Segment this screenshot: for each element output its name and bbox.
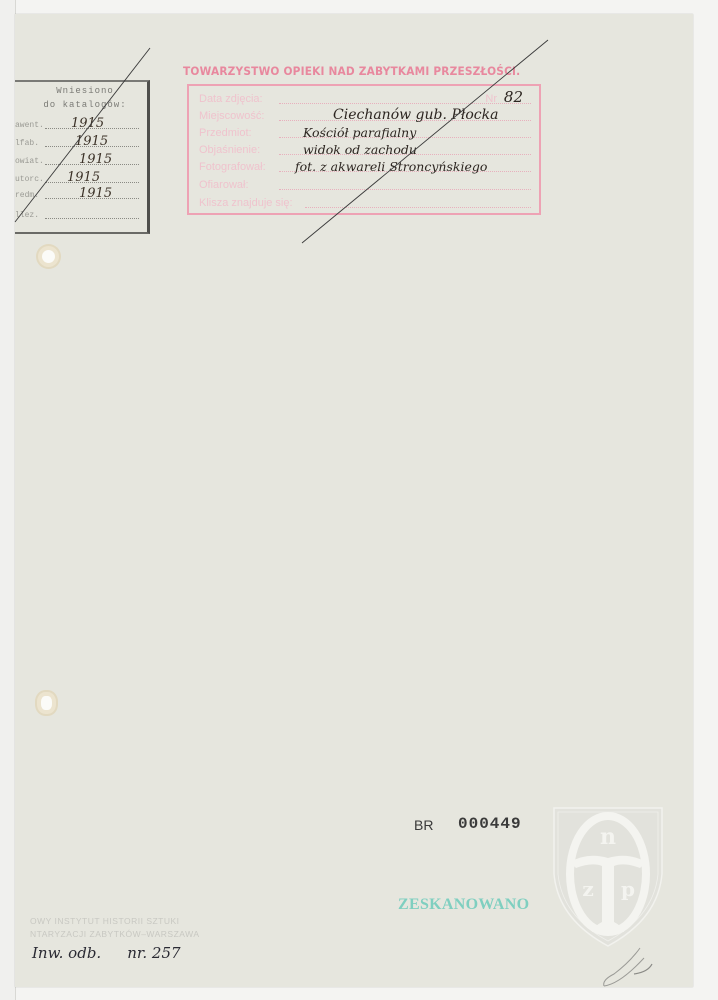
field-label: Objaśnienie: [199, 144, 260, 156]
institute-stamp-line1: OWY INSTYTUT HISTORII SZTUKI [30, 916, 180, 926]
catalog-row-value: 1915 [75, 134, 108, 149]
inv-label: Inw. odb. [32, 944, 101, 962]
catalog-row: redm. 1915 [15, 186, 143, 202]
catalog-stamp: Wniesiono do katalogów: awent. 1915 lfab… [15, 80, 150, 234]
catalog-row-value: 1915 [79, 186, 112, 201]
paper-hole [42, 250, 55, 263]
field-value: widok od zachodu [303, 142, 417, 157]
svg-text:n: n [600, 824, 616, 850]
nr-label: Nr [485, 93, 497, 105]
paper-hole [41, 696, 52, 710]
catalog-row-label: owiat. [15, 157, 44, 166]
record-field-donor: Ofiarował: [199, 174, 531, 192]
field-label: Klisza znajduje się: [199, 197, 293, 209]
embossed-emblem-icon: n z p [548, 804, 668, 949]
catalog-row: owiat. 1915 [15, 152, 143, 168]
catalog-row: awent. 1915 [15, 116, 143, 132]
record-field-description: Objaśnienie: widok od zachodu [199, 139, 531, 157]
catalog-row-label: redm. [15, 191, 39, 200]
inv-number: nr. 257 [127, 944, 180, 962]
svg-text:p: p [621, 877, 635, 901]
dotted-line [305, 207, 531, 208]
field-value: Ciechanów gub. Płocka [333, 107, 498, 123]
catalog-row: utorc. 1915 [15, 170, 143, 186]
nr-value: 82 [504, 88, 523, 106]
institute-stamp-line2: NTARYZACJI ZABYTKÓW–WARSZAWA [30, 929, 200, 939]
catalog-row-value: 1915 [71, 116, 104, 131]
record-field-place: Miejscowość: Ciechanów gub. Płocka [199, 105, 531, 123]
record-field-subject: Przedmiot: Kościół parafialny [199, 122, 531, 140]
record-stamp: Data zdjęcia: Nr 82 Miejscowość: Ciechan… [187, 84, 541, 215]
handwritten-inventory: Inw. odb.nr. 257 [32, 944, 181, 962]
scanned-stamp: ZESKANOWANO [398, 896, 529, 914]
pencil-mark-icon [600, 940, 680, 990]
scanner-bed-edge [0, 0, 16, 1000]
catalog-row-label: awent. [15, 121, 44, 130]
catalog-row: llez. [15, 206, 143, 222]
catalog-row-value: 1915 [67, 170, 100, 185]
catalog-row-label: utorc. [15, 175, 44, 184]
catalog-row-label: lfab. [15, 139, 39, 148]
record-card: Wniesiono do katalogów: awent. 1915 lfab… [15, 14, 693, 987]
catalog-row-label: llez. [15, 211, 39, 220]
field-label: Data zdjęcia: [199, 93, 263, 105]
field-label: Miejscowość: [199, 110, 264, 122]
field-value: fot. z akwareli Stroncyńskiego [295, 159, 487, 174]
svg-text:z: z [582, 877, 593, 901]
catalog-row-value: 1915 [79, 152, 112, 167]
record-field-photographer: Fotografował: fot. z akwareli Stroncyńsk… [199, 156, 531, 174]
catalog-title-line1: Wniesiono [35, 86, 135, 96]
br-prefix: BR [414, 817, 433, 833]
field-label: Ofiarował: [199, 179, 249, 191]
field-label: Fotografował: [199, 161, 266, 173]
br-number: 000449 [458, 815, 522, 833]
field-label: Przedmiot: [199, 127, 252, 139]
record-field-plate-location: Klisza znajduje się: [199, 192, 531, 210]
catalog-row: lfab. 1915 [15, 134, 143, 150]
dotted-line [279, 189, 531, 190]
society-header: TOWARZYSTWO OPIEKI NAD ZABYTKAMI PRZESZŁ… [183, 64, 514, 78]
dotted-line [45, 218, 139, 219]
field-value: Kościół parafialny [303, 125, 416, 140]
record-field-date: Data zdjęcia: Nr 82 [199, 88, 531, 106]
catalog-title-line2: do katalogów: [35, 100, 135, 110]
